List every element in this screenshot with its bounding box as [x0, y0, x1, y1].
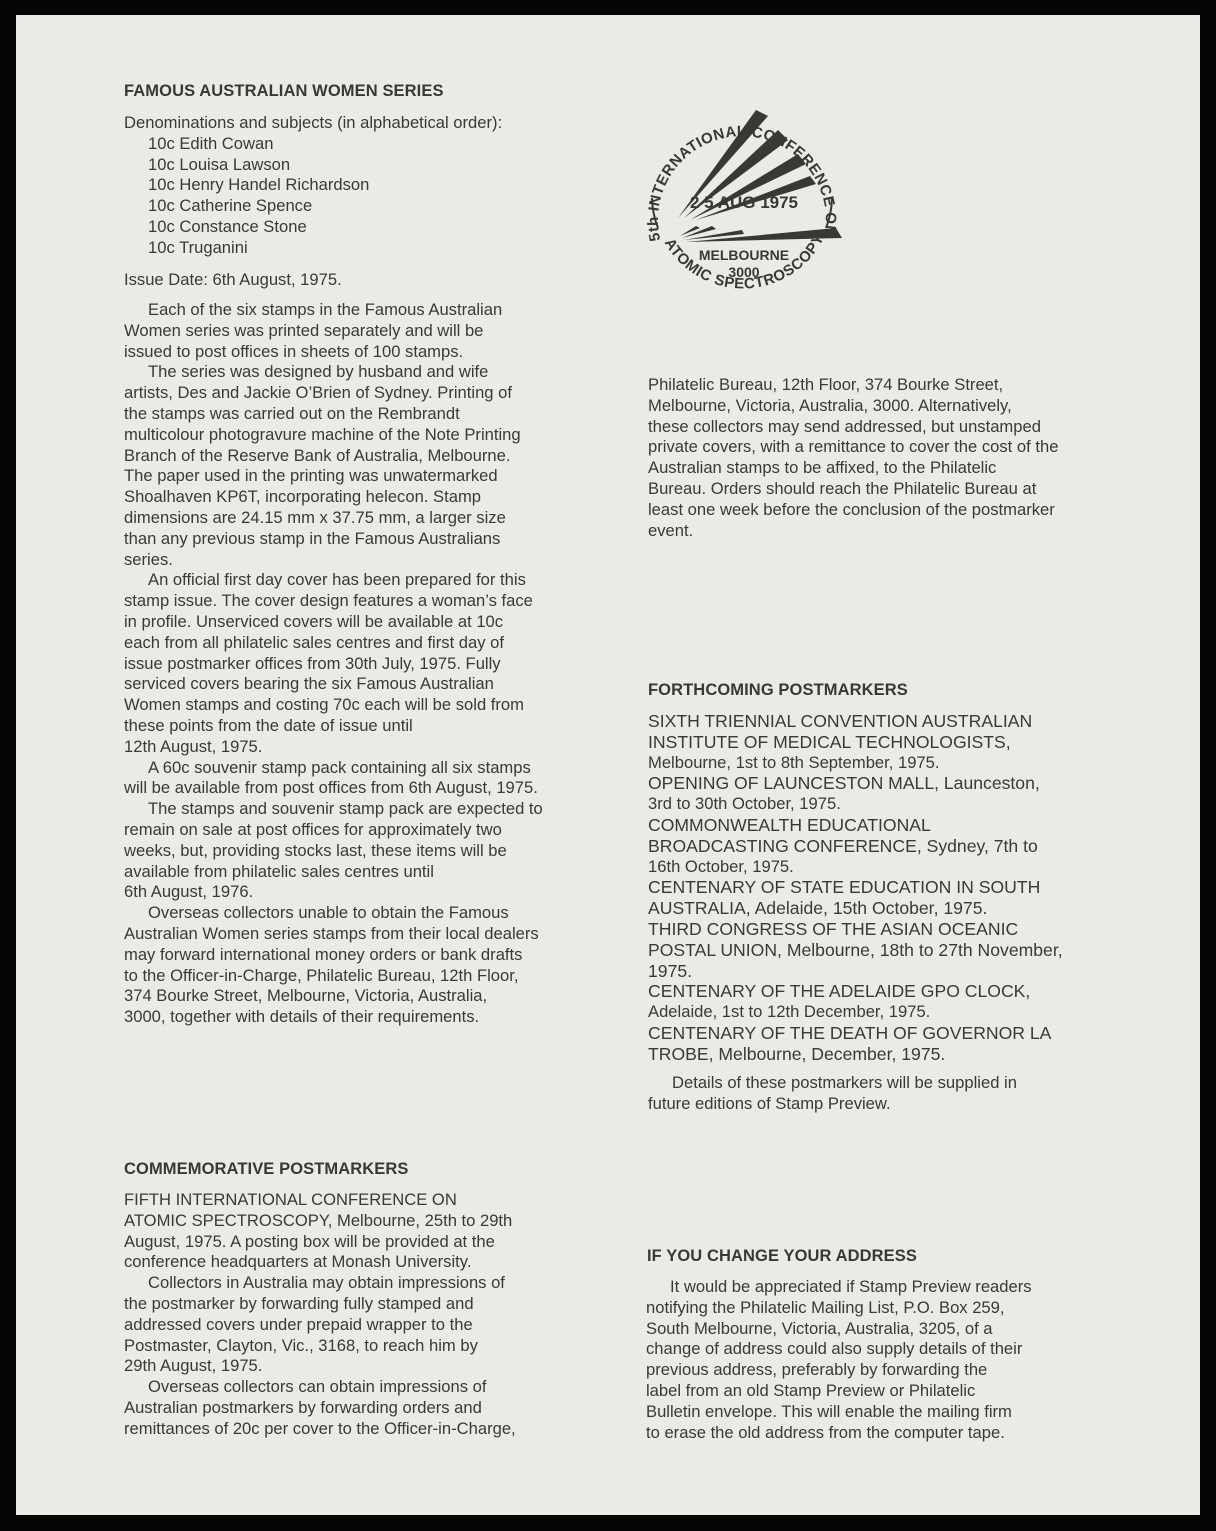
paragraph-line: the stamps was carried out on the Rembra… [124, 404, 543, 425]
paragraph-line: Philatelic Bureau, 12th Floor, 374 Bourk… [648, 375, 1058, 396]
paragraph-line: The series was designed by husband and w… [124, 362, 543, 383]
famous-women-body: Each of the six stamps in the Famous Aus… [124, 300, 543, 1028]
postmark-date: 2 5 AUG 1975 [690, 193, 798, 212]
paragraph-line: 12th August, 1975. [124, 737, 543, 758]
issue-date: Issue Date: 6th August, 1975. [124, 270, 342, 291]
paragraph-line: event. [648, 521, 1058, 542]
paragraph-line: addressed covers under prepaid wrapper t… [124, 1315, 516, 1336]
paragraph-line: stamp issue. The cover design features a… [124, 591, 543, 612]
paragraph-line: Women series was printed separately and … [124, 321, 543, 342]
overseas-continuation: Philatelic Bureau, 12th Floor, 374 Bourk… [648, 375, 1058, 541]
paragraph-line: Australian postmarkers by forwarding ord… [124, 1398, 516, 1419]
paragraph-line: FIFTH INTERNATIONAL CONFERENCE ON [124, 1190, 516, 1211]
paragraph-line: label from an old Stamp Preview or Phila… [646, 1381, 1032, 1402]
paragraph-line: available from philatelic sales centres … [124, 862, 543, 883]
postmark-city: MELBOURNE [699, 247, 789, 263]
paragraph-line: Details of these postmarkers will be sup… [648, 1073, 1017, 1094]
paragraph-line: weeks, but, providing stocks last, these… [124, 841, 543, 862]
paragraph-line: 6th August, 1976. [124, 882, 543, 903]
forthcoming-line: OPENING OF LAUNCESTON MALL, Launceston, [648, 773, 1063, 794]
paragraph-line: 29th August, 1975. [124, 1356, 516, 1377]
paragraph-line: South Melbourne, Victoria, Australia, 32… [646, 1319, 1032, 1340]
stamp-item: 10c Henry Handel Richardson [124, 175, 502, 196]
forthcoming-heading: FORTHCOMING POSTMARKERS [648, 681, 908, 700]
paragraph-line: to erase the old address from the comput… [646, 1423, 1032, 1444]
paragraph-line: serviced covers bearing the six Famous A… [124, 674, 543, 695]
paragraph-line: dimensions are 24.15 mm x 37.75 mm, a la… [124, 508, 543, 529]
paragraph-line: multicolour photogravure machine of the … [124, 425, 543, 446]
postmark-postcode: 3000 [728, 264, 759, 280]
paragraph-line: 3000, together with details of their req… [124, 1007, 543, 1028]
paragraph-line: Melbourne, Victoria, Australia, 3000. Al… [648, 396, 1058, 417]
stamp-item: 10c Truganini [124, 238, 502, 259]
paragraph-line: Women stamps and costing 70c each will b… [124, 695, 543, 716]
paragraph-line: The stamps and souvenir stamp pack are e… [124, 799, 543, 820]
paragraph-line: series. [124, 550, 543, 571]
forthcoming-line: POSTAL UNION, Melbourne, 18th to 27th No… [648, 940, 1063, 961]
paragraph-line: the postmarker by forwarding fully stamp… [124, 1294, 516, 1315]
forthcoming-line: SIXTH TRIENNIAL CONVENTION AUSTRALIAN [648, 711, 1063, 732]
forthcoming-line: Adelaide, 1st to 12th December, 1975. [648, 1002, 1063, 1023]
paragraph-line: The paper used in the printing was unwat… [124, 466, 543, 487]
paragraph-line: these collectors may send addressed, but… [648, 417, 1058, 438]
issue-date-text: Issue Date: 6th August, 1975. [124, 270, 342, 291]
stamp-item: 10c Edith Cowan [124, 134, 502, 155]
forthcoming-line: 16th October, 1975. [648, 857, 1063, 878]
paragraph-line: August, 1975. A posting box will be prov… [124, 1232, 516, 1253]
paragraph-line: each from all philatelic sales centres a… [124, 633, 543, 654]
postmark-cancellation-icon: 5th INTERNATIONAL CONFERENCE ON ATOMIC S… [632, 88, 852, 303]
paragraph-line: least one week before the conclusion of … [648, 500, 1058, 521]
paragraph-line: 374 Bourke Street, Melbourne, Victoria, … [124, 986, 543, 1007]
forthcoming-line: 1975. [648, 961, 1063, 982]
forthcoming-line: CENTENARY OF STATE EDUCATION IN SOUTH [648, 877, 1063, 898]
stamp-item: 10c Louisa Lawson [124, 155, 502, 176]
paragraph-line: remittances of 20c per cover to the Offi… [124, 1419, 516, 1440]
commemorative-heading: COMMEMORATIVE POSTMARKERS [124, 1160, 409, 1179]
paragraph-line: Bulletin envelope. This will enable the … [646, 1402, 1032, 1423]
forthcoming-line: INSTITUTE OF MEDICAL TECHNOLOGISTS, [648, 732, 1063, 753]
paragraph-line: conference headquarters at Monash Univer… [124, 1252, 516, 1273]
paragraph-line: Australian stamps to be affixed, to the … [648, 458, 1058, 479]
stamp-item: 10c Constance Stone [124, 217, 502, 238]
paragraph-line: issue postmarker offices from 30th July,… [124, 654, 543, 675]
commemorative-body: FIFTH INTERNATIONAL CONFERENCE ON ATOMIC… [124, 1190, 516, 1440]
forthcoming-line: COMMONWEALTH EDUCATIONAL [648, 815, 1063, 836]
paragraph-line: Australian Women series stamps from thei… [124, 924, 543, 945]
denominations-intro: Denominations and subjects (in alphabeti… [124, 113, 502, 134]
paragraph-line: will be available from post offices from… [124, 778, 543, 799]
forthcoming-note: Details of these postmarkers will be sup… [648, 1073, 1017, 1115]
paragraph-line: notifying the Philatelic Mailing List, P… [646, 1298, 1032, 1319]
paragraph-line: than any previous stamp in the Famous Au… [124, 529, 543, 550]
forthcoming-line: BROADCASTING CONFERENCE, Sydney, 7th to [648, 836, 1063, 857]
paragraph-line: these points from the date of issue unti… [124, 716, 543, 737]
paragraph-line: Postmaster, Clayton, Vic., 3168, to reac… [124, 1336, 516, 1357]
paragraph-line: Branch of the Reserve Bank of Australia,… [124, 446, 543, 467]
paragraph-line: issued to post offices in sheets of 100 … [124, 342, 543, 363]
paragraph-line: An official first day cover has been pre… [124, 570, 543, 591]
paragraph-line: previous address, preferably by forwardi… [646, 1360, 1032, 1381]
famous-women-intro-block: Denominations and subjects (in alphabeti… [124, 113, 502, 259]
forthcoming-line: Melbourne, 1st to 8th September, 1975. [648, 753, 1063, 774]
paragraph-line: A 60c souvenir stamp pack containing all… [124, 758, 543, 779]
forthcoming-line: CENTENARY OF THE DEATH OF GOVERNOR LA [648, 1023, 1063, 1044]
stamp-item: 10c Catherine Spence [124, 196, 502, 217]
paragraph-line: It would be appreciated if Stamp Preview… [646, 1277, 1032, 1298]
paragraph-line: artists, Des and Jackie O’Brien of Sydne… [124, 383, 543, 404]
forthcoming-line: TROBE, Melbourne, December, 1975. [648, 1044, 1063, 1065]
paragraph-line: private covers, with a remittance to cov… [648, 437, 1058, 458]
forthcoming-list: SIXTH TRIENNIAL CONVENTION AUSTRALIAN IN… [648, 711, 1063, 1065]
paragraph-line: remain on sale at post offices for appro… [124, 820, 543, 841]
forthcoming-line: AUSTRALIA, Adelaide, 15th October, 1975. [648, 898, 1063, 919]
document-page: FAMOUS AUSTRALIAN WOMEN SERIES Denominat… [0, 0, 1216, 1531]
paragraph-line: future editions of Stamp Preview. [648, 1094, 1017, 1115]
paragraph-line: may forward international money orders o… [124, 945, 543, 966]
paragraph-line: in profile. Unserviced covers will be av… [124, 612, 543, 633]
paragraph-line: Bureau. Orders should reach the Philatel… [648, 479, 1058, 500]
forthcoming-line: 3rd to 30th October, 1975. [648, 794, 1063, 815]
paragraph-line: change of address could also supply deta… [646, 1339, 1032, 1360]
paragraph-line: Overseas collectors unable to obtain the… [124, 903, 543, 924]
address-change-body: It would be appreciated if Stamp Preview… [646, 1277, 1032, 1443]
paragraph-line: Shoalhaven KP6T, incorporating helecon. … [124, 487, 543, 508]
forthcoming-line: THIRD CONGRESS OF THE ASIAN OCEANIC [648, 919, 1063, 940]
paragraph-line: Overseas collectors can obtain impressio… [124, 1377, 516, 1398]
address-change-heading: IF YOU CHANGE YOUR ADDRESS [647, 1247, 917, 1266]
paragraph-line: ATOMIC SPECTROSCOPY, Melbourne, 25th to … [124, 1211, 516, 1232]
paragraph-line: Each of the six stamps in the Famous Aus… [124, 300, 543, 321]
paragraph-line: to the Officer-in-Charge, Philatelic Bur… [124, 966, 543, 987]
famous-women-heading: FAMOUS AUSTRALIAN WOMEN SERIES [124, 82, 444, 101]
paragraph-line: Collectors in Australia may obtain impre… [124, 1273, 516, 1294]
forthcoming-line: CENTENARY OF THE ADELAIDE GPO CLOCK, [648, 981, 1063, 1002]
